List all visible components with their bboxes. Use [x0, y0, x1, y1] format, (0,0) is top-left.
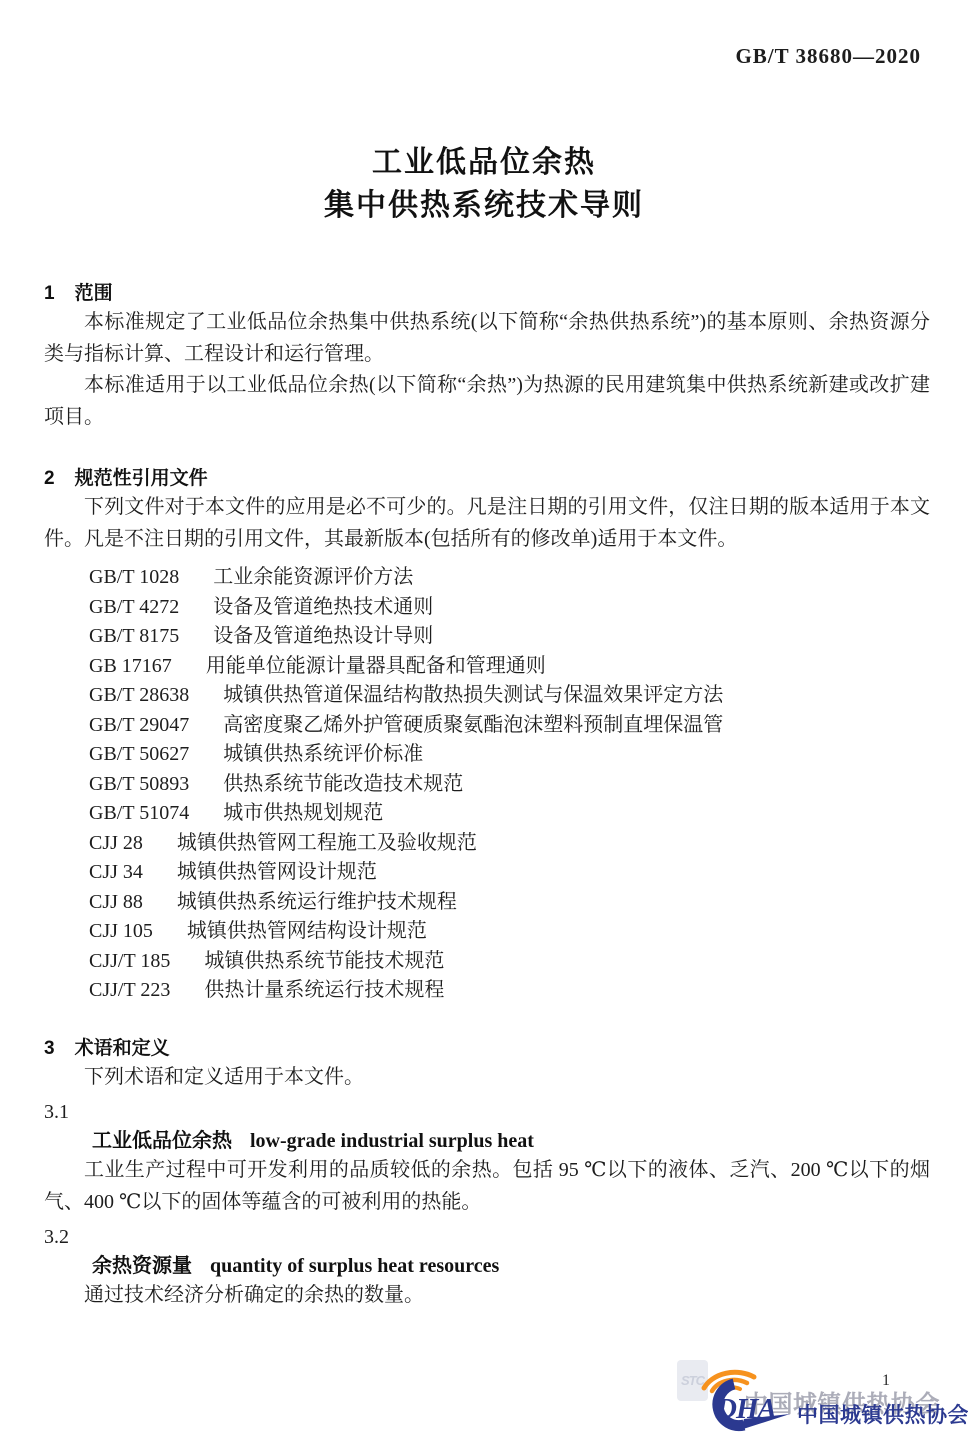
term-3-2-number: 3.2	[44, 1222, 930, 1252]
reference-item: CJJ 105城镇供热管网结构设计规范	[89, 917, 930, 947]
section-2-heading: 2规范性引用文件	[44, 466, 930, 492]
association-name: 中国城镇供热协会	[797, 1399, 968, 1429]
reference-title: 供热计量系统运行技术规程	[204, 979, 444, 1001]
term-3-2-definition: 通过技术经济分析确定的余热的数量。	[44, 1280, 930, 1312]
section-3-heading: 3术语和定义	[44, 1036, 930, 1062]
reference-item: CJJ 88城镇供热系统运行维护技术规程	[89, 888, 930, 918]
reference-item: GB/T 29047高密度聚乙烯外护管硬质聚氨酯泡沫塑料预制直埋保温管	[89, 711, 930, 741]
reference-title: 城镇供热管网结构设计规范	[187, 920, 427, 942]
terms-intro: 下列术语和定义适用于本文件。	[44, 1062, 930, 1094]
scope-paragraph-2: 本标准适用于以工业低品位余热(以下简称“余热”)为热源的民用建筑集中供热系统新建…	[44, 370, 930, 433]
reference-code: GB/T 8175	[89, 625, 179, 647]
document-page: GB/T 38680—2020 工业低品位余热 集中供热系统技术导则 1范围 本…	[0, 0, 968, 1444]
reference-item: GB 17167用能单位能源计量器具配备和管理通则	[89, 652, 930, 682]
reference-title: 城镇供热系统运行维护技术规程	[177, 891, 457, 913]
reference-code: CJJ 34	[89, 861, 143, 883]
reference-title: 工业余能资源评价方法	[213, 566, 413, 588]
reference-title: 城市供热规划规范	[223, 802, 383, 824]
section-1-number: 1	[44, 283, 55, 304]
reference-item: GB/T 28638城镇供热管道保温结构散热损失测试与保温效果评定方法	[89, 681, 930, 711]
reference-title: 设备及管道绝热设计导则	[213, 625, 433, 647]
reference-item: GB/T 51074城市供热规划规范	[89, 799, 930, 829]
reference-item: CJJ 34城镇供热管网设计规范	[89, 858, 930, 888]
reference-code: CJJ/T 223	[89, 979, 170, 1001]
reference-code: CJJ 88	[89, 891, 143, 913]
section-2-number: 2	[44, 468, 55, 489]
reference-title: 城镇供热系统评价标准	[223, 743, 423, 765]
reference-code: GB/T 50627	[89, 743, 189, 765]
term-3-2-english: quantity of surplus heat resources	[210, 1255, 499, 1277]
reference-code: GB/T 51074	[89, 802, 189, 824]
document-title-line2: 集中供热系统技术导则	[0, 184, 968, 227]
term-3-1-title: 工业低品位余热low-grade industrial surplus heat	[44, 1127, 930, 1155]
reference-item: CJJ/T 185城镇供热系统节能技术规范	[89, 947, 930, 977]
term-3-2-chinese: 余热资源量	[92, 1255, 192, 1277]
standard-code: GB/T 38680—2020	[735, 44, 921, 69]
reference-code: GB/T 50893	[89, 773, 189, 795]
term-3-1-english: low-grade industrial surplus heat	[250, 1130, 534, 1152]
reference-title: 用能单位能源计量器具配备和管理通则	[206, 655, 546, 677]
reference-code: CJJ/T 185	[89, 950, 170, 972]
term-3-1-number: 3.1	[44, 1097, 930, 1127]
cdha-logo-acronym: DHA	[715, 1393, 777, 1425]
reference-item: CJJ 28城镇供热管网工程施工及验收规范	[89, 829, 930, 859]
term-3-1-chinese: 工业低品位余热	[92, 1130, 232, 1152]
cdha-logo-icon: DHA	[690, 1362, 808, 1436]
reference-code: GB 17167	[89, 655, 172, 677]
reference-title: 城镇供热管网工程施工及验收规范	[177, 832, 477, 854]
reference-item: GB/T 4272设备及管道绝热技术通则	[89, 593, 930, 623]
reference-title: 供热系统节能改造技术规范	[223, 773, 463, 795]
scope-paragraph-1: 本标准规定了工业低品位余热集中供热系统(以下简称“余热供热系统”)的基本原则、余…	[44, 307, 930, 370]
reference-code: GB/T 28638	[89, 684, 189, 706]
reference-item: GB/T 50627城镇供热系统评价标准	[89, 740, 930, 770]
normative-references-intro: 下列文件对于本文件的应用是必不可少的。凡是注日期的引用文件，仅注日期的版本适用于…	[44, 492, 930, 555]
reference-item: GB/T 8175设备及管道绝热设计导则	[89, 622, 930, 652]
reference-code: GB/T 29047	[89, 714, 189, 736]
reference-code: GB/T 4272	[89, 596, 179, 618]
reference-code: CJJ 105	[89, 920, 153, 942]
page-number: 1	[882, 1372, 890, 1390]
document-body: 1范围 本标准规定了工业低品位余热集中供热系统(以下简称“余热供热系统”)的基本…	[44, 281, 930, 1312]
section-3-number: 3	[44, 1038, 55, 1059]
reference-item: GB/T 1028工业余能资源评价方法	[89, 563, 930, 593]
term-3-1-definition: 工业生产过程中可开发利用的品质较低的余热。包括 95 ℃以下的液体、乏汽、200…	[44, 1155, 930, 1218]
reference-item: GB/T 50893供热系统节能改造技术规范	[89, 770, 930, 800]
reference-title: 城镇供热系统节能技术规范	[204, 950, 444, 972]
reference-title: 城镇供热管网设计规范	[177, 861, 377, 883]
references-list: GB/T 1028工业余能资源评价方法GB/T 4272设备及管道绝热技术通则G…	[44, 563, 930, 1006]
reference-item: CJJ/T 223供热计量系统运行技术规程	[89, 976, 930, 1006]
reference-code: GB/T 1028	[89, 566, 179, 588]
reference-title: 城镇供热管道保温结构散热损失测试与保温效果评定方法	[223, 684, 723, 706]
reference-title: 设备及管道绝热技术通则	[213, 596, 433, 618]
section-2-title: 规范性引用文件	[75, 468, 208, 489]
reference-code: CJJ 28	[89, 832, 143, 854]
section-1-heading: 1范围	[44, 281, 930, 307]
reference-title: 高密度聚乙烯外护管硬质聚氨酯泡沫塑料预制直埋保温管	[223, 714, 723, 736]
document-title-line1: 工业低品位余热	[0, 141, 968, 184]
section-1-title: 范围	[75, 283, 113, 304]
section-3-title: 术语和定义	[75, 1038, 170, 1059]
term-3-2-title: 余热资源量quantity of surplus heat resources	[44, 1252, 930, 1280]
document-title: 工业低品位余热 集中供热系统技术导则	[0, 141, 968, 227]
